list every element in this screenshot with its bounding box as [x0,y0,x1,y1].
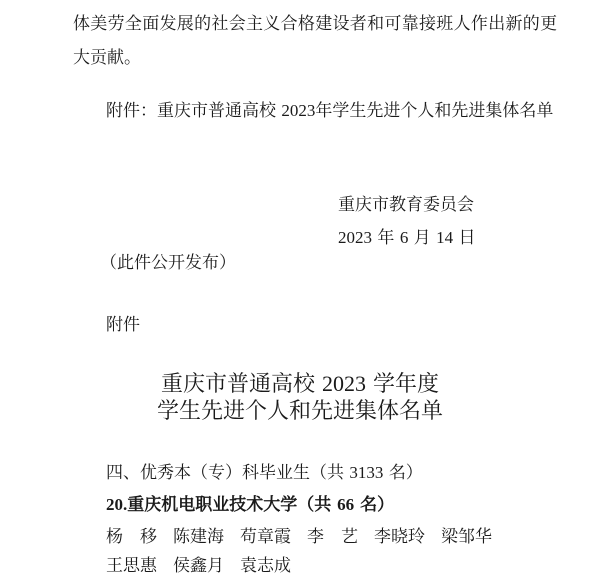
student-name: 侯鑫月 [173,556,224,576]
date-month: 6 [400,228,409,247]
list-title-line-2: 学生先进个人和先进集体名单 [0,399,600,425]
student-name: 袁志成 [240,556,291,576]
student-name: 王思惠 [106,556,157,576]
publication-note: （此件公开发布） [100,253,236,273]
school-number: 20. [106,495,127,514]
school-name: 重庆机电职业技术大学（共 [127,495,331,515]
list-title-line-1: 重庆市普通高校 2023 学年度 [0,371,600,398]
school-count-suffix: 名） [360,495,394,515]
attachment-title-prefix: 重庆市普通高校 [157,101,276,121]
list-title-prefix: 重庆市普通高校 [161,372,315,397]
attachment-title-suffix: 年学生先进个人和先进集体名单 [315,101,553,121]
attachment-note: 附件：重庆市普通高校 2023年学生先进个人和先进集体名单 [106,101,553,121]
list-title-suffix: 学年度 [373,372,439,397]
date-year: 2023 [338,228,372,247]
date-day-unit: 日 [459,228,476,248]
section-heading-count: 3133 [349,463,383,482]
student-name: 李晓玲 [374,527,425,547]
student-name: 李 艺 [307,527,358,547]
date-day: 14 [436,228,453,247]
student-name: 梁邹华 [441,527,492,547]
school-count: 66 [337,495,354,514]
attachment-heading: 附件 [106,315,140,335]
list-title-year: 2023 [322,371,366,396]
student-name: 陈建海 [173,527,224,547]
section-heading: 四、优秀本（专）科毕业生（共 3133 名） [106,463,423,483]
attachment-label: 附件： [106,101,157,121]
names-row-2: 王思惠 侯鑫月 袁志成 [106,556,307,576]
paragraph-end-line-1: 体美劳全面发展的社会主义合格建设者和可靠接班人作出新的更 [73,14,557,34]
signature-organization: 重庆市教育委员会 [338,195,474,215]
section-heading-prefix: 四、优秀本（专）科毕业生（共 [106,463,344,483]
names-row-1: 杨 移 陈建海 苟章霞 李 艺 李晓玲 梁邹华 [106,527,508,547]
signature-date: 2023 年 6 月 14 日 [338,228,476,248]
date-year-unit: 年 [377,228,394,248]
student-name: 杨 移 [106,527,157,547]
date-month-unit: 月 [414,228,431,248]
attachment-year: 2023 [281,101,315,120]
student-name: 苟章霞 [240,527,291,547]
school-heading: 20.重庆机电职业技术大学（共 66 名） [106,495,394,515]
paragraph-end-line-2: 大贡献。 [73,48,141,68]
section-heading-suffix: 名） [389,463,423,483]
